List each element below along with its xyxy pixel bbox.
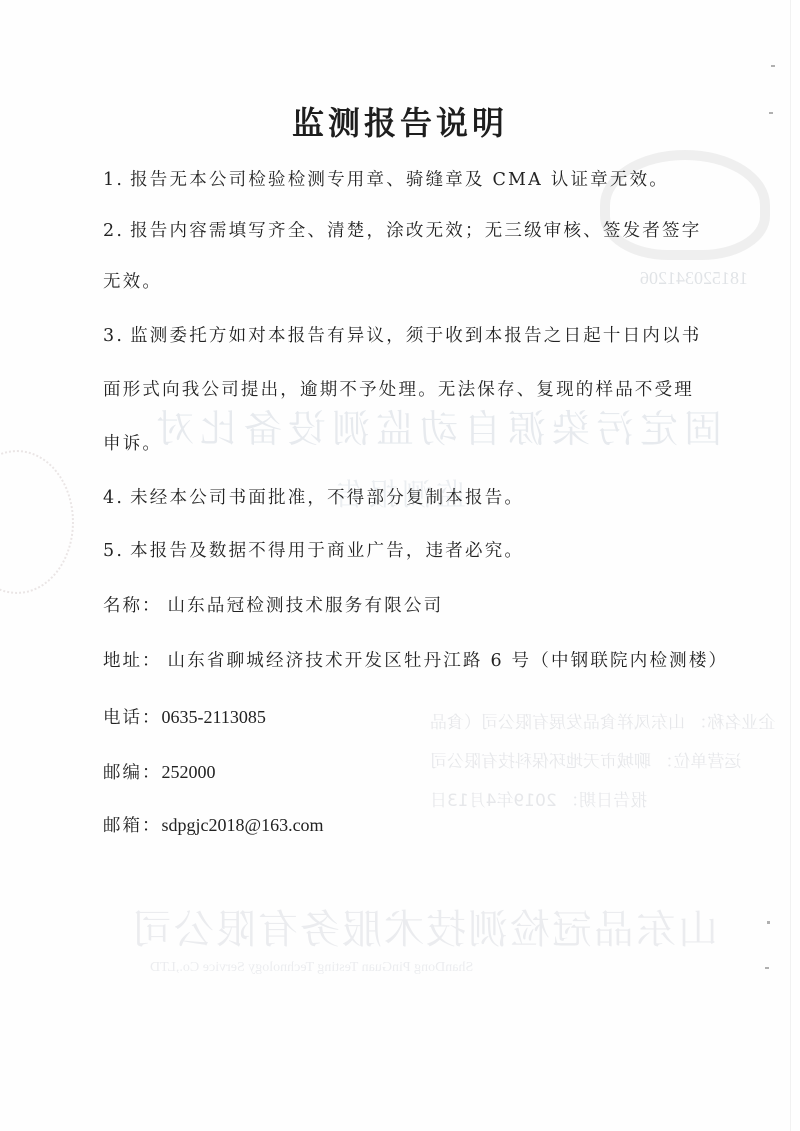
item-text: 报告无本公司检验检测专用章、骑缝章及 CMA 认证章无效。 (130, 170, 669, 190)
phone-label: 电话： (103, 708, 162, 728)
phone-line: 电话：0635-2113085 (103, 705, 266, 730)
email-line: 邮箱：sdpgjc2018@163.com (103, 813, 324, 838)
email-value: sdpgjc2018@163.com (162, 815, 324, 835)
item-3: 3.监测委托方如对本报告有异议，须于收到本报告之日起十日内以书 (103, 324, 701, 348)
reverse-company-english-ghost: ShanDong PinGuan Testing Technology Serv… (150, 960, 473, 976)
item-text: 监测委托方如对本报告有异议，须于收到本报告之日起十日内以书 (130, 326, 701, 346)
item-5: 5.本报告及数据不得用于商业广告，违者必究。 (103, 539, 524, 563)
item-3-continued: 申诉。 (103, 432, 162, 456)
email-label: 邮箱： (103, 816, 162, 836)
reverse-row-ghost: 企业名称： 山东凤祥食品发展有限公司（食品 (430, 708, 775, 733)
item-2-continued: 无效。 (103, 270, 162, 294)
cma-number-ghost: 181520341206 (640, 268, 748, 289)
item-text: 未经本公司书面批准，不得部分复制本报告。 (130, 488, 524, 508)
scan-mark (765, 967, 769, 969)
page-title: 监测报告说明 (0, 98, 800, 144)
seal-stamp-ghost (0, 450, 74, 594)
item-4: 4.未经本公司书面批准，不得部分复制本报告。 (103, 486, 524, 510)
item-number: 5. (103, 541, 124, 561)
item-3-continued: 面形式向我公司提出，逾期不予处理。无法保存、复现的样品不受理 (103, 378, 694, 402)
address-label: 地址： (103, 651, 162, 671)
reverse-company-name-ghost: 山东品冠检测技术服务有限公司 (130, 898, 718, 955)
item-number: 1. (103, 170, 124, 190)
postcode-line: 邮编：252000 (103, 760, 216, 785)
item-number: 2. (103, 221, 124, 241)
document-page: 181520341206 固定污染源自动监测设备比对 监测报告 企业名称： 山东… (0, 0, 800, 1131)
postcode-label: 邮编： (103, 763, 162, 783)
phone-value: 0635-2113085 (162, 707, 266, 727)
item-number: 4. (103, 488, 124, 508)
item-2: 2.报告内容需填写齐全、清楚，涂改无效；无三级审核、签发者签字 (103, 219, 701, 243)
reverse-title-ghost: 固定污染源自动监测设备比对 (150, 398, 722, 453)
company-name-label: 名称： (103, 596, 162, 616)
scan-mark (771, 65, 775, 67)
scan-mark (767, 921, 770, 924)
item-text: 报告内容需填写齐全、清楚，涂改无效；无三级审核、签发者签字 (130, 221, 701, 241)
page-edge (790, 0, 791, 1131)
cma-stamp-ghost (600, 150, 770, 260)
reverse-row-ghost: 运营单位： 聊城市天地环保科技有限公司 (430, 747, 741, 772)
company-name-value: 山东品冠检测技术服务有限公司 (168, 596, 444, 616)
address-line: 地址：山东省聊城经济技术开发区牡丹江路 6 号（中钢联院内检测楼） (103, 649, 728, 673)
item-1: 1.报告无本公司检验检测专用章、骑缝章及 CMA 认证章无效。 (103, 168, 669, 192)
item-number: 3. (103, 326, 124, 346)
reverse-row-ghost: 报告日期： 2019年4月13日 (430, 786, 647, 811)
postcode-value: 252000 (162, 762, 216, 782)
address-value: 山东省聊城经济技术开发区牡丹江路 6 号（中钢联院内检测楼） (168, 651, 729, 671)
company-name-line: 名称：山东品冠检测技术服务有限公司 (103, 594, 443, 618)
item-text: 本报告及数据不得用于商业广告，违者必究。 (130, 541, 524, 561)
